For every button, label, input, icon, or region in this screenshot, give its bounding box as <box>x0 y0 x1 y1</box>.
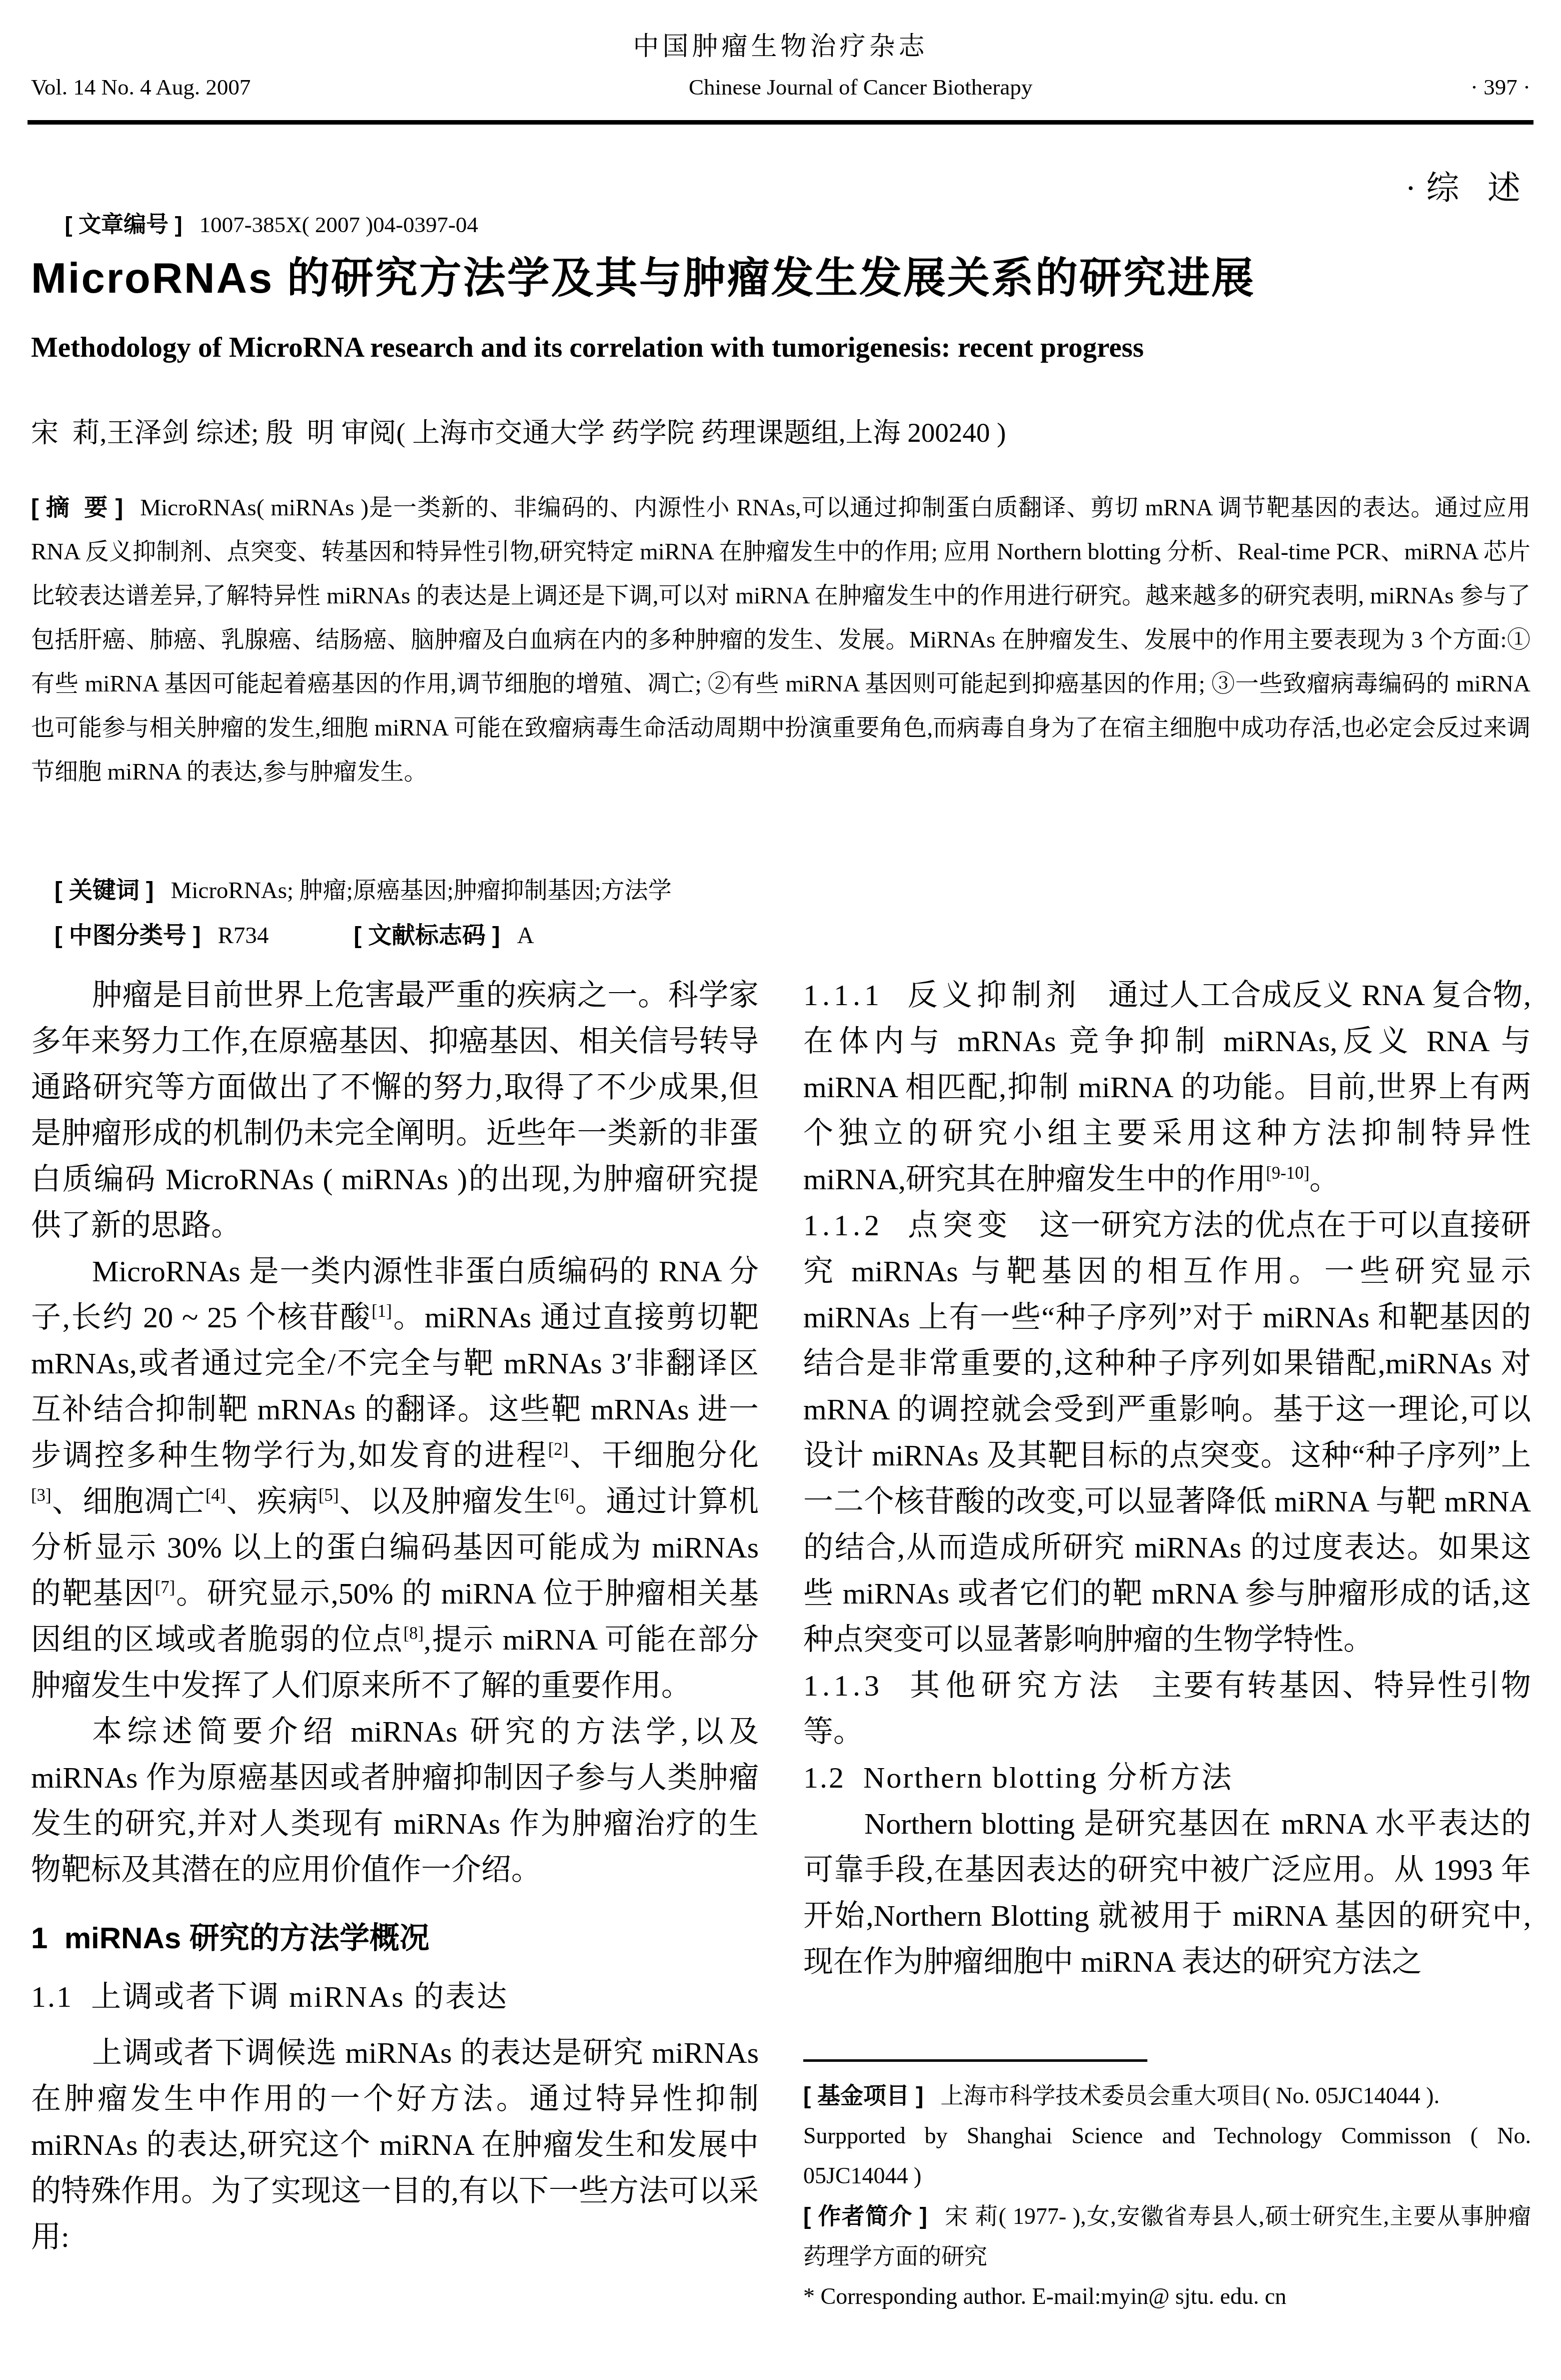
abstract-block: [ 摘 要 ]MicroRNAs( miRNAs )是一类新的、非编码的、内源性… <box>31 485 1530 794</box>
doc-code-value: A <box>517 923 534 949</box>
doc-code-label: [ 文献标志码 ] <box>354 922 500 948</box>
section-heading-1-1-3: 1.1.3 其他研究方法 <box>803 1669 1124 1702</box>
article-id-value: 1007-385X( 2007 )04-0397-04 <box>199 212 478 237</box>
authors-line: 宋 莉,王泽剑 综述; 殷 明 审阅( 上海市交通大学 药学院 药理课题组,上海… <box>31 410 1530 450</box>
classification-line: [ 中图分类号 ]R734[ 文献标志码 ]A <box>31 890 1530 977</box>
page-number: · 397 · <box>1470 74 1530 100</box>
journal-header-row: Vol. 14 No. 4 Aug. 2007 Chinese Journal … <box>31 74 1530 100</box>
body-paragraph: 1.1.3 其他研究方法主要有转基因、特异性引物等。 <box>803 1663 1531 1755</box>
article-title-cn: MicroRNAs 的研究方法学及其与肿瘤发生发展关系的研究进展 <box>31 244 1530 305</box>
section-heading-1-1: 1.1 上调或者下调 miRNAs 的表达 <box>31 1974 759 2020</box>
journal-name-cn: 中国肿瘤生物治疗杂志 <box>0 25 1561 63</box>
section-heading-1-1-2: 1.1.2 点突变 <box>803 1209 1012 1242</box>
section-heading-1-2: 1.2 Northern blotting 分析方法 <box>803 1755 1531 1801</box>
journal-article-page: 中国肿瘤生物治疗杂志 Vol. 14 No. 4 Aug. 2007 Chine… <box>0 0 1561 2380</box>
fund-text-cn: 上海市科学技术委员会重大项目( No. 05JC14044 ). <box>940 2083 1439 2108</box>
category-badge: ·综 述 <box>1405 161 1530 209</box>
article-id-label: [ 文章编号 ] <box>65 212 183 237</box>
header-rule <box>28 120 1533 125</box>
body-paragraph: 1.1.1 反义抑制剂通过人工合成反义 RNA 复合物,在体内与 mRNAs 竞… <box>803 972 1531 1202</box>
body-paragraph: 1.1.2 点突变这一研究方法的优点在于可以直接研究 miRNAs 与靶基因的相… <box>803 1202 1531 1663</box>
author-bio-footnote: [ 作者简介 ]宋 莉( 1977- ),女,安徽省寿县人,硕士研究生,主要从事… <box>803 2196 1531 2276</box>
fund-footnote: [ 基金项目 ]上海市科学技术委员会重大项目( No. 05JC14044 ). <box>803 2075 1531 2116</box>
paragraph-text: 这一研究方法的优点在于可以直接研究 miRNAs 与靶基因的相互作用。一些研究显… <box>803 1209 1531 1656</box>
article-title-en: Methodology of MicroRNA research and its… <box>31 331 1530 364</box>
corresponding-author-footnote: * Corresponding author. E-mail:myin@ sjt… <box>803 2276 1531 2316</box>
body-paragraph: 肿瘤是目前世界上危害最严重的疾病之一。科学家多年来努力工作,在原癌基因、抑癌基因… <box>31 972 759 1248</box>
fund-footnote-en: Surpported by Shanghai Science and Techn… <box>803 2116 1531 2196</box>
body-paragraph: MicroRNAs 是一类内源性非蛋白质编码的 RNA 分子,长约 20 ~ 2… <box>31 1248 759 1709</box>
body-paragraph: Northern blotting 是研究基因在 mRNA 水平表达的可靠手段,… <box>803 1801 1531 1985</box>
body-column-right: 1.1.1 反义抑制剂通过人工合成反义 RNA 复合物,在体内与 mRNAs 竞… <box>803 972 1531 1985</box>
body-paragraph: 上调或者下调候选 miRNAs 的表达是研究 miRNAs 在肿瘤发生中作用的一… <box>31 2030 759 2260</box>
fund-label: [ 基金项目 ] <box>803 2082 923 2108</box>
abstract-text: MicroRNAs( miRNAs )是一类新的、非编码的、内源性小 RNAs,… <box>31 495 1530 785</box>
volume-issue-date: Vol. 14 No. 4 Aug. 2007 <box>31 74 251 100</box>
section-heading-1-1-1: 1.1.1 反义抑制剂 <box>803 979 1081 1012</box>
footnote-block: [ 基金项目 ]上海市科学技术委员会重大项目( No. 05JC14044 ).… <box>803 2075 1531 2316</box>
footnote-separator-rule <box>803 2059 1147 2062</box>
clc-value: R734 <box>218 923 269 949</box>
body-column-left: 肿瘤是目前世界上危害最严重的疾病之一。科学家多年来努力工作,在原癌基因、抑癌基因… <box>31 972 759 2260</box>
bio-label: [ 作者简介 ] <box>803 2203 927 2229</box>
abstract-label: [ 摘 要 ] <box>31 494 123 520</box>
journal-name-en: Chinese Journal of Cancer Biotherapy <box>689 74 1032 100</box>
section-heading-1: 1 miRNAs 研究的方法学概况 <box>31 1915 759 1961</box>
body-paragraph: 本综述简要介绍 miRNAs 研究的方法学,以及 miRNAs 作为原癌基因或者… <box>31 1709 759 1893</box>
clc-label: [ 中图分类号 ] <box>55 922 201 948</box>
